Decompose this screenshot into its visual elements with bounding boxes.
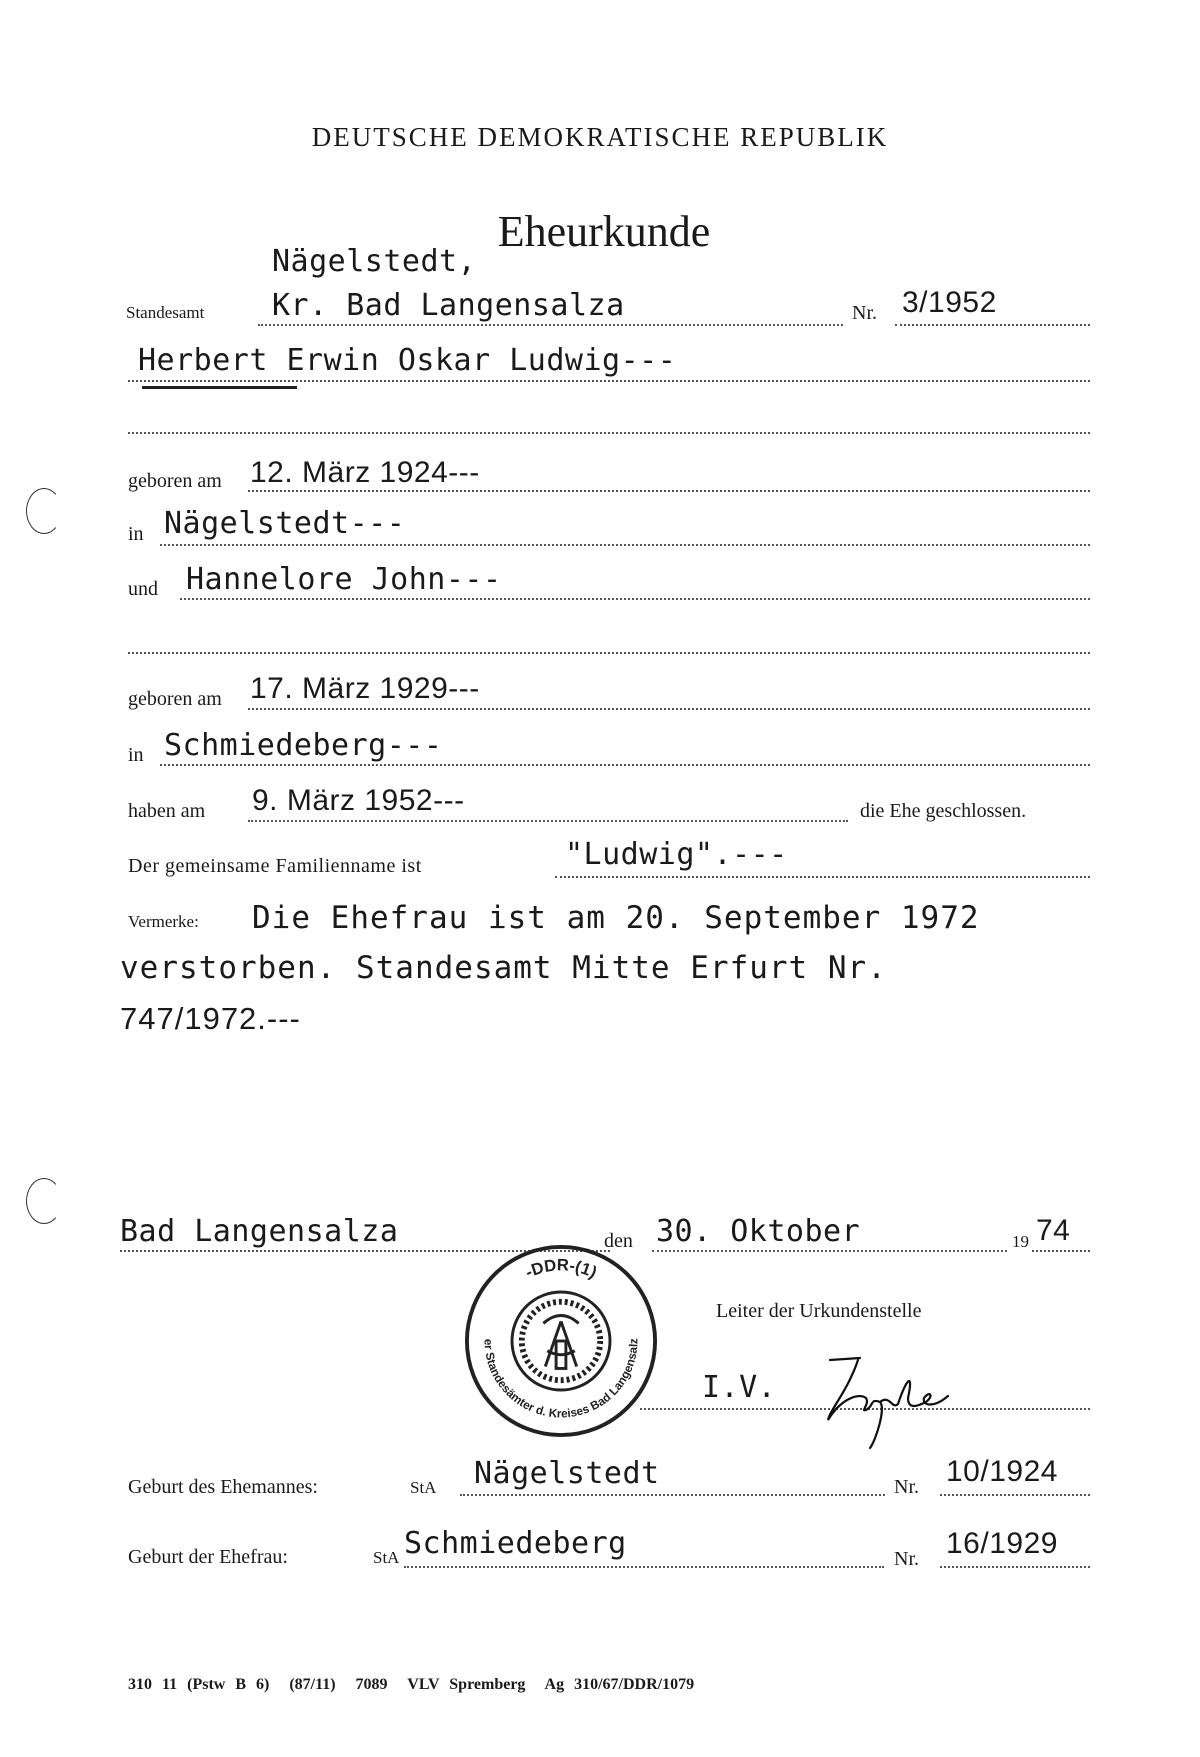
family-name-line (555, 876, 1090, 878)
wife-sta-line (404, 1566, 884, 1568)
remarks-label: Vermerke: (128, 912, 199, 932)
officer-label: Leiter der Urkundenstelle (716, 1300, 921, 1323)
wife-in-label: in (128, 744, 144, 767)
blank-line (128, 432, 1090, 434)
husband-nr-line (940, 1494, 1090, 1496)
wife-born-line (248, 708, 1090, 710)
country-heading: DEUTSCHE DEMOKRATISCHE REPUBLIK (0, 122, 1200, 153)
registry-nr: 3/1952 (902, 286, 997, 320)
svg-text:-DDR-(1): -DDR-(1) (522, 1255, 600, 1282)
und-label: und (128, 578, 158, 601)
wife-birth-label: Geburt der Ehefrau: (128, 1546, 288, 1569)
marriage-date-line (248, 820, 848, 822)
blank-line (128, 652, 1090, 654)
wife-birth-nr: 16/1929 (946, 1527, 1058, 1561)
signature-icon (810, 1340, 990, 1450)
husband-birth-nr: 10/1924 (946, 1455, 1058, 1489)
form-footer: 310 11 (Pstw B 6) (87/11) 7089 VLV Sprem… (128, 1676, 694, 1694)
registry-place-line1: Nägelstedt, (272, 244, 476, 279)
husband-sta-label: StA (410, 1478, 436, 1498)
haben-label: haben am (128, 800, 205, 823)
standesamt-label: Standesamt (126, 303, 204, 323)
husband-sta-line (460, 1494, 885, 1496)
husband-name: Herbert Erwin Oskar Ludwig--- (138, 343, 676, 378)
marriage-closing-label: die Ehe geschlossen. (860, 800, 1026, 823)
wife-born-place: Schmiedeberg--- (164, 728, 442, 763)
husband-name-line (128, 380, 1090, 382)
wife-place-line (160, 764, 1090, 766)
wife-born-date: 17. März 1929--- (250, 672, 480, 706)
ddr-emblem-icon (522, 1302, 600, 1380)
husband-nr-label: Nr. (894, 1476, 919, 1499)
husband-born-line (248, 490, 1090, 492)
remarks-line1: Die Ehefrau ist am 20. September 1972 (252, 900, 980, 936)
year-line (1032, 1250, 1090, 1252)
wife-nr-label: Nr. (894, 1548, 919, 1571)
official-stamp: -DDR-(1) der Standesämter d. Kreises Bad… (463, 1243, 659, 1439)
wife-name-line (180, 598, 1090, 600)
punch-hole-mark (26, 488, 62, 534)
issue-date: 30. Oktober (656, 1214, 860, 1249)
family-name-label: Der gemeinsame Familienname ist (128, 855, 422, 878)
wife-nr-line (940, 1566, 1090, 1568)
husband-born-label: geboren am (128, 470, 222, 493)
name-underline (142, 386, 297, 389)
family-name: "Ludwig".--- (565, 837, 788, 872)
wife-birth-sta: Schmiedeberg (404, 1526, 627, 1561)
year-suffix: 74 (1036, 1214, 1070, 1248)
issue-place: Bad Langensalza (120, 1214, 398, 1249)
husband-born-date: 12. März 1924--- (250, 456, 480, 490)
husband-birth-sta: Nägelstedt (474, 1456, 660, 1491)
wife-sta-label: StA (373, 1548, 399, 1568)
husband-in-label: in (128, 523, 144, 546)
husband-place-line (160, 544, 1090, 546)
standesamt-line (258, 324, 843, 326)
remarks-line3: 747/1972.--- (120, 1001, 301, 1037)
marriage-date: 9. März 1952--- (252, 784, 465, 818)
wife-born-label: geboren am (128, 688, 222, 711)
remarks-line2: verstorben. Standesamt Mitte Erfurt Nr. (120, 950, 887, 986)
issue-date-line (652, 1250, 1007, 1252)
year-prefix: 19 (1012, 1232, 1029, 1252)
husband-birth-label: Geburt des Ehemannes: (128, 1476, 318, 1499)
iv-label: I.V. (702, 1370, 776, 1405)
registry-nr-label: Nr. (852, 302, 877, 325)
registry-place-line2: Kr. Bad Langensalza (272, 288, 625, 323)
husband-born-place: Nägelstedt--- (164, 506, 405, 541)
wife-name: Hannelore John--- (186, 562, 502, 597)
punch-hole-mark (26, 1178, 62, 1224)
registry-nr-line (895, 324, 1090, 326)
document-title: Eheurkunde (0, 206, 1200, 257)
